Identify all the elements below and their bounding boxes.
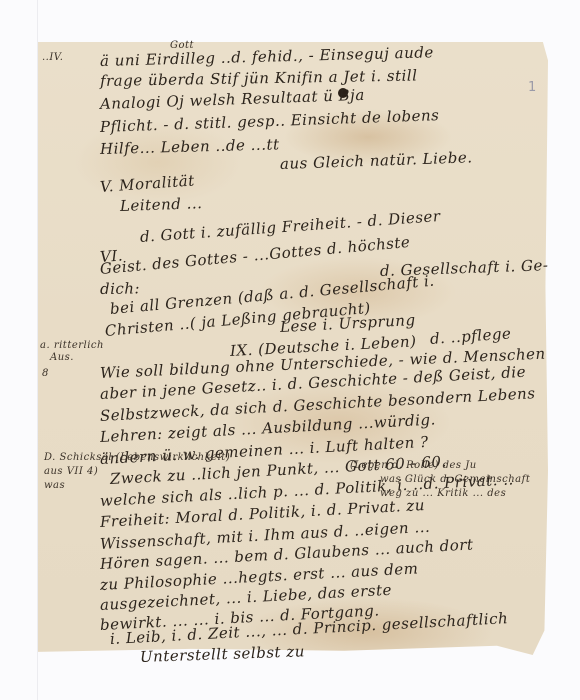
interlinear-note: weg zu ... Kritik ... des [380, 488, 506, 499]
handwritten-line: dich: [100, 279, 140, 298]
scan-bed-edge [37, 0, 38, 700]
handwritten-line: Leitend ... [120, 194, 203, 215]
margin-note: ..IV. [42, 52, 63, 63]
margin-note: aus VII 4) [44, 466, 98, 477]
margin-note: D. Schicksal (Lebenswirklichkeit) [44, 452, 230, 463]
interlinear-note: was Glück d. Gemeinschaft [380, 474, 530, 485]
page-number: 1 [528, 80, 536, 95]
margin-note: was [44, 480, 65, 491]
margin-note: 8 [42, 368, 49, 379]
interlinear-note: Gott [170, 40, 194, 51]
margin-note: Aus. [50, 352, 74, 363]
interlinear-note: (Leben d. Rolle) des Ju [350, 460, 477, 471]
margin-note: a. ritterlich [40, 340, 104, 351]
